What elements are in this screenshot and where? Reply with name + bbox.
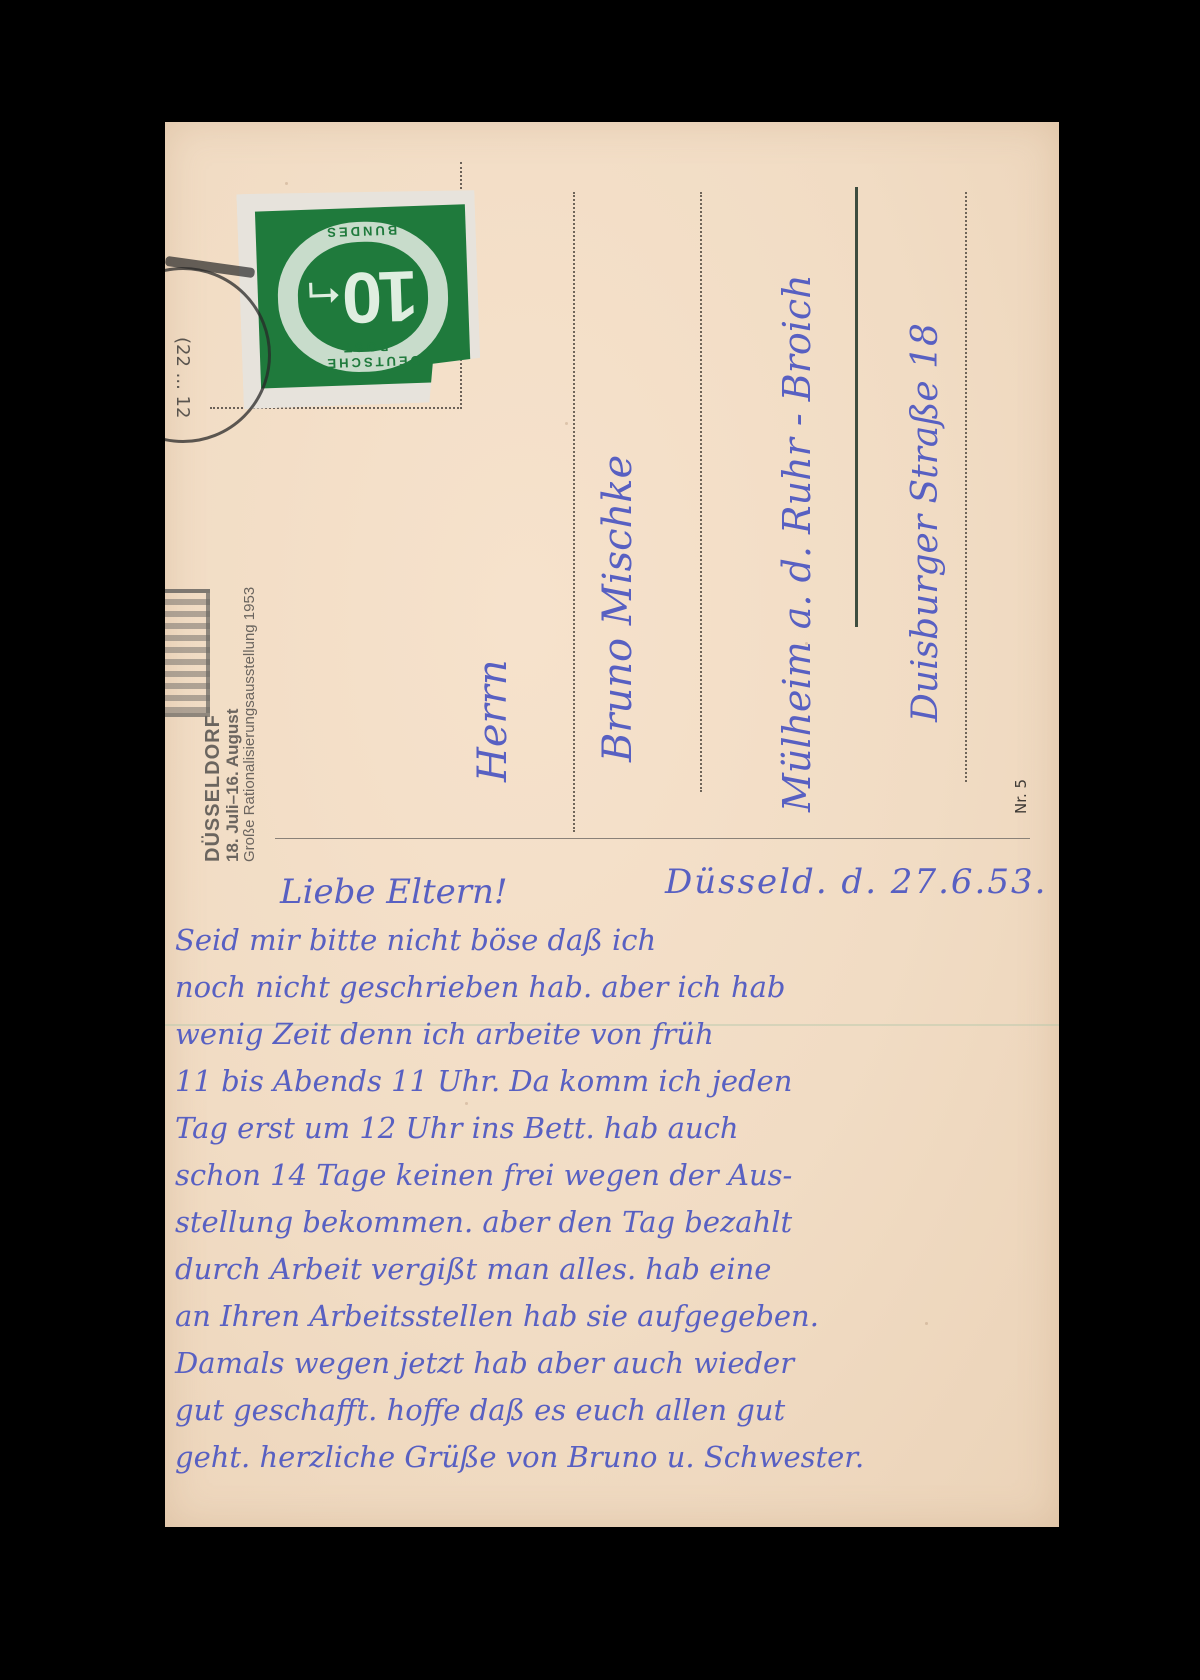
divider-line: [275, 838, 1030, 839]
address-street: Duisburger Straße 18: [905, 323, 946, 722]
address-salutation: Herrn: [470, 659, 516, 782]
address-line-1: [573, 192, 575, 832]
message-line: schon 14 Tage keinen frei wegen der Aus-: [175, 1152, 1055, 1199]
posthorn-icon: ⮢: [307, 274, 341, 321]
address-line-2: [700, 192, 702, 792]
postage-stamp: DEUTSCHE · POST 10 ⮢ BUNDES: [236, 186, 481, 409]
printed-dates: 18. Juli–16. August: [224, 587, 242, 862]
postcard-back: DEUTSCHE · POST 10 ⮢ BUNDES (22 ... 12 D…: [165, 122, 1059, 1527]
place-date: Düsseld. d. 27.6.53.: [665, 862, 1047, 902]
stamp-value: 10: [344, 253, 419, 337]
address-line-4: [965, 192, 967, 782]
message-line: geht. herzliche Grüße von Bruno u. Schwe…: [175, 1434, 1055, 1481]
stamp-legend-bottom: BUNDES: [295, 221, 425, 241]
message-body: Seid mir bitte nicht böse daß ich noch n…: [175, 917, 1055, 1481]
message-line: Seid mir bitte nicht böse daß ich: [175, 917, 1055, 964]
message-line: durch Arbeit vergißt man alles. hab eine: [175, 1246, 1055, 1293]
message-line: stellung bekommen. aber den Tag bezahlt: [175, 1199, 1055, 1246]
printed-city: DÜSSELDORF: [203, 587, 224, 862]
message-line: Damals wegen jetzt hab aber auch wieder: [175, 1340, 1055, 1387]
message-line: an Ihren Arbeitsstellen hab sie aufgegeb…: [175, 1293, 1055, 1340]
message-line: wenig Zeit denn ich arbeite von früh: [175, 1011, 1055, 1058]
message-line: Tag erst um 12 Uhr ins Bett. hab auch: [175, 1105, 1055, 1152]
printed-exhibition: Große Rationalisierungsausstellung 1953: [242, 587, 258, 862]
greeting: Liebe Eltern!: [280, 872, 508, 912]
address-name: Bruno Mischke: [595, 455, 641, 762]
address-city: Mülheim a. d. Ruhr - Broich: [775, 274, 819, 812]
card-number: Nr. 5: [1012, 779, 1030, 814]
address-underline: [855, 187, 858, 627]
message-line: noch nicht geschrieben hab. aber ich hab: [175, 964, 1055, 1011]
postmark-text: (22 ... 12: [172, 337, 193, 418]
message-line: 11 bis Abends 11 Uhr. Da komm ich jeden: [175, 1058, 1055, 1105]
stamp-legend-top: DEUTSCHE · POST: [300, 337, 431, 372]
message-line: gut geschafft. hoffe daß es euch allen g…: [175, 1387, 1055, 1434]
printed-legend: DÜSSELDORF 18. Juli–16. August Große Rat…: [203, 587, 258, 862]
